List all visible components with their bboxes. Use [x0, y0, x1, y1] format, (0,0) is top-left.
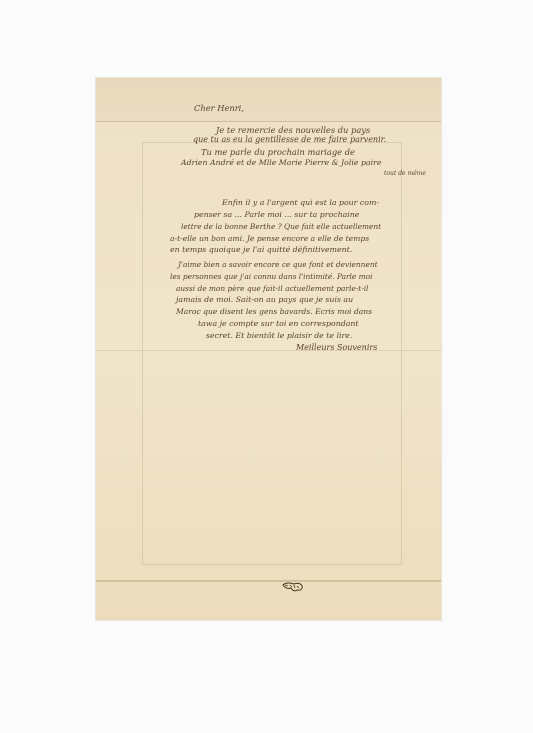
letter-line: J'aime bien a savoir encore ce que font … — [178, 261, 378, 268]
letter-line: Je te remercie des nouvelles du pays — [216, 126, 370, 134]
letter-line: secret. Et bientôt le plaisir de te lire… — [206, 332, 352, 340]
letter-body: Cher Henri, Je te remercie des nouvelles… — [96, 78, 441, 620]
letter-paper: Cher Henri, Je te remercie des nouvelles… — [96, 78, 441, 620]
letter-line: penser sa ... Parle moi ... sur ta proch… — [194, 211, 359, 219]
letter-line: a-t-elle un bon ami. Je pense encore a e… — [170, 235, 369, 243]
salutation: Cher Henri, — [194, 104, 244, 112]
letter-line: les personnes que j'ai connu dans l'inti… — [170, 273, 372, 280]
letter-line: lettre de la bonne Berthe ? Que fait ell… — [181, 223, 381, 230]
letter-line: Maroc que disent les gens bavards. Ecris… — [176, 308, 372, 316]
letter-line: tout de même — [384, 171, 426, 177]
letter-line: aussi de mon père que fait-il actuelleme… — [176, 285, 368, 292]
ink-mark-icon — [282, 581, 302, 593]
letter-line: tawa je compte sur toi en correspondant — [198, 320, 359, 328]
letter-line: en temps quoique je l'ai quitté définiti… — [170, 246, 352, 254]
letter-line: jamais de moi. Sait-on au pays que je su… — [176, 296, 353, 304]
closing: Meilleurs Souvenirs — [296, 344, 377, 352]
letter-line: que tu as eu la gentillesse de me faire … — [193, 136, 386, 144]
letter-line: Enfin il y a l'argent qui est la pour co… — [222, 199, 379, 207]
letter-line: Adrien André et de Mlle Marie Pierre & J… — [181, 159, 381, 167]
letter-line: Tu me parle du prochain mariage de — [201, 148, 355, 156]
